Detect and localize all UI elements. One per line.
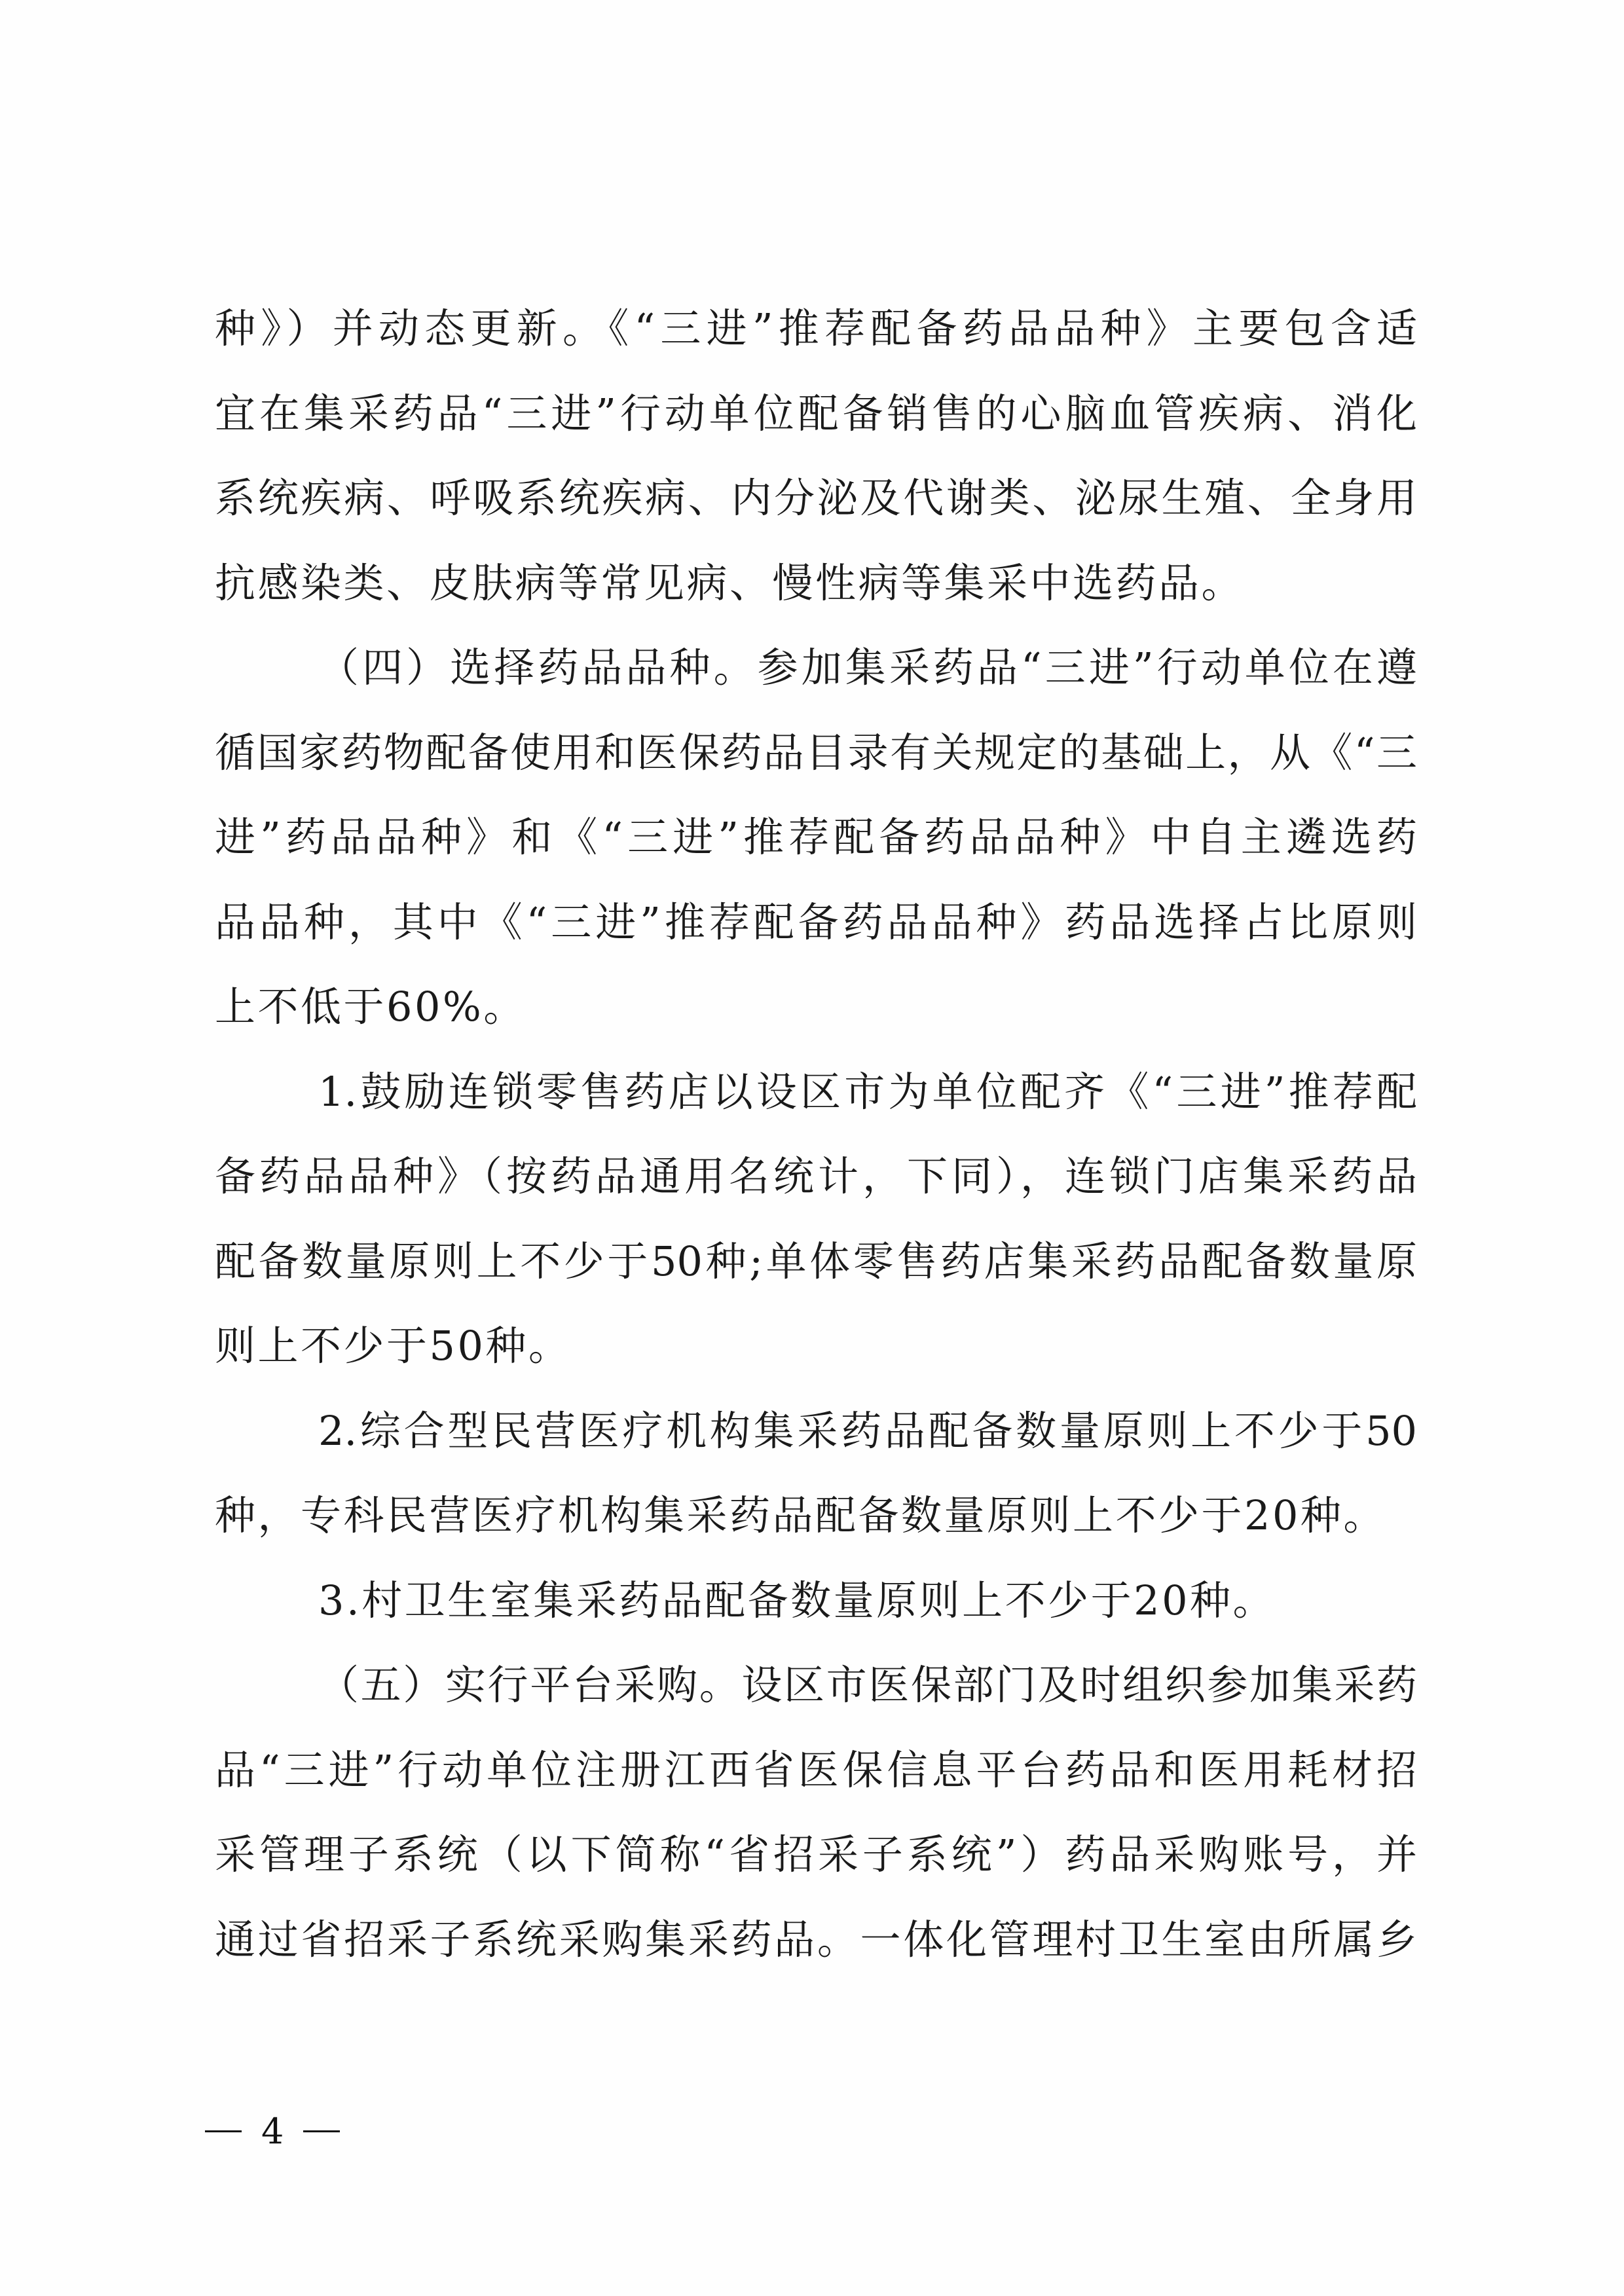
- text-line-15: 种，专科民营医疗机构集采药品配备数量原则上不少于20种。: [215, 1473, 1417, 1558]
- list-item-1-line: 1.鼓励连锁零售药店以设区市为单位配齐《“三进”推荐配: [215, 1049, 1417, 1135]
- text-line-20: 通过省招采子系统采购集采药品。一体化管理村卫生室由所属乡: [215, 1897, 1417, 1982]
- text-line-18: 品“三进”行动单位注册江西省医保信息平台药品和医用耗材招: [215, 1728, 1417, 1813]
- text-line-4: 抗感染类、皮肤病等常见病、慢性病等集采中选药品。: [215, 541, 1417, 626]
- section-heading-5-line: （五）实行平台采购。设区市医保部门及时组织参加集采药: [215, 1643, 1417, 1728]
- text-line-13: 则上不少于50种。: [215, 1303, 1417, 1389]
- text-line-1: 种》）并动态更新。《“三进”推荐配备药品品种》主要包含适: [215, 286, 1417, 371]
- text-line-3: 系统疾病、呼吸系统疾病、内分泌及代谢类、泌尿生殖、全身用: [215, 456, 1417, 541]
- text-line-12: 配备数量原则上不少于50种;单体零售药店集采药品配备数量原: [215, 1219, 1417, 1304]
- document-page: 种》）并动态更新。《“三进”推荐配备药品品种》主要包含适 宜在集采药品“三进”行…: [0, 0, 1624, 2296]
- text-line-7: 进”药品品种》和《“三进”推荐配备药品品种》中自主遴选药: [215, 795, 1417, 880]
- list-item-2-line: 2.综合型民营医疗机构集采药品配备数量原则上不少于50: [215, 1389, 1417, 1474]
- dash-right: [303, 2130, 340, 2132]
- section-heading-4-line: （四）选择药品品种。参加集采药品“三进”行动单位在遵: [215, 625, 1417, 710]
- text-line-8: 品品种，其中《“三进”推荐配备药品品种》药品选择占比原则: [215, 880, 1417, 965]
- text-line-9: 上不低于60%。: [215, 964, 1417, 1049]
- list-item-3-line: 3.村卫生室集采药品配备数量原则上不少于20种。: [215, 1558, 1417, 1643]
- page-number: 4: [205, 2108, 340, 2154]
- body-text: 种》）并动态更新。《“三进”推荐配备药品品种》主要包含适 宜在集采药品“三进”行…: [215, 286, 1417, 1982]
- text-line-11: 备药品品种》（按药品通用名统计，下同），连锁门店集采药品: [215, 1134, 1417, 1219]
- text-line-2: 宜在集采药品“三进”行动单位配备销售的心脑血管疾病、消化: [215, 371, 1417, 456]
- text-line-6: 循国家药物配备使用和医保药品目录有关规定的基础上，从《“三: [215, 710, 1417, 795]
- text-line-19: 采管理子系统（以下简称“省招采子系统”）药品采购账号，并: [215, 1812, 1417, 1897]
- page-number-value: 4: [261, 2111, 284, 2152]
- dash-left: [205, 2130, 242, 2132]
